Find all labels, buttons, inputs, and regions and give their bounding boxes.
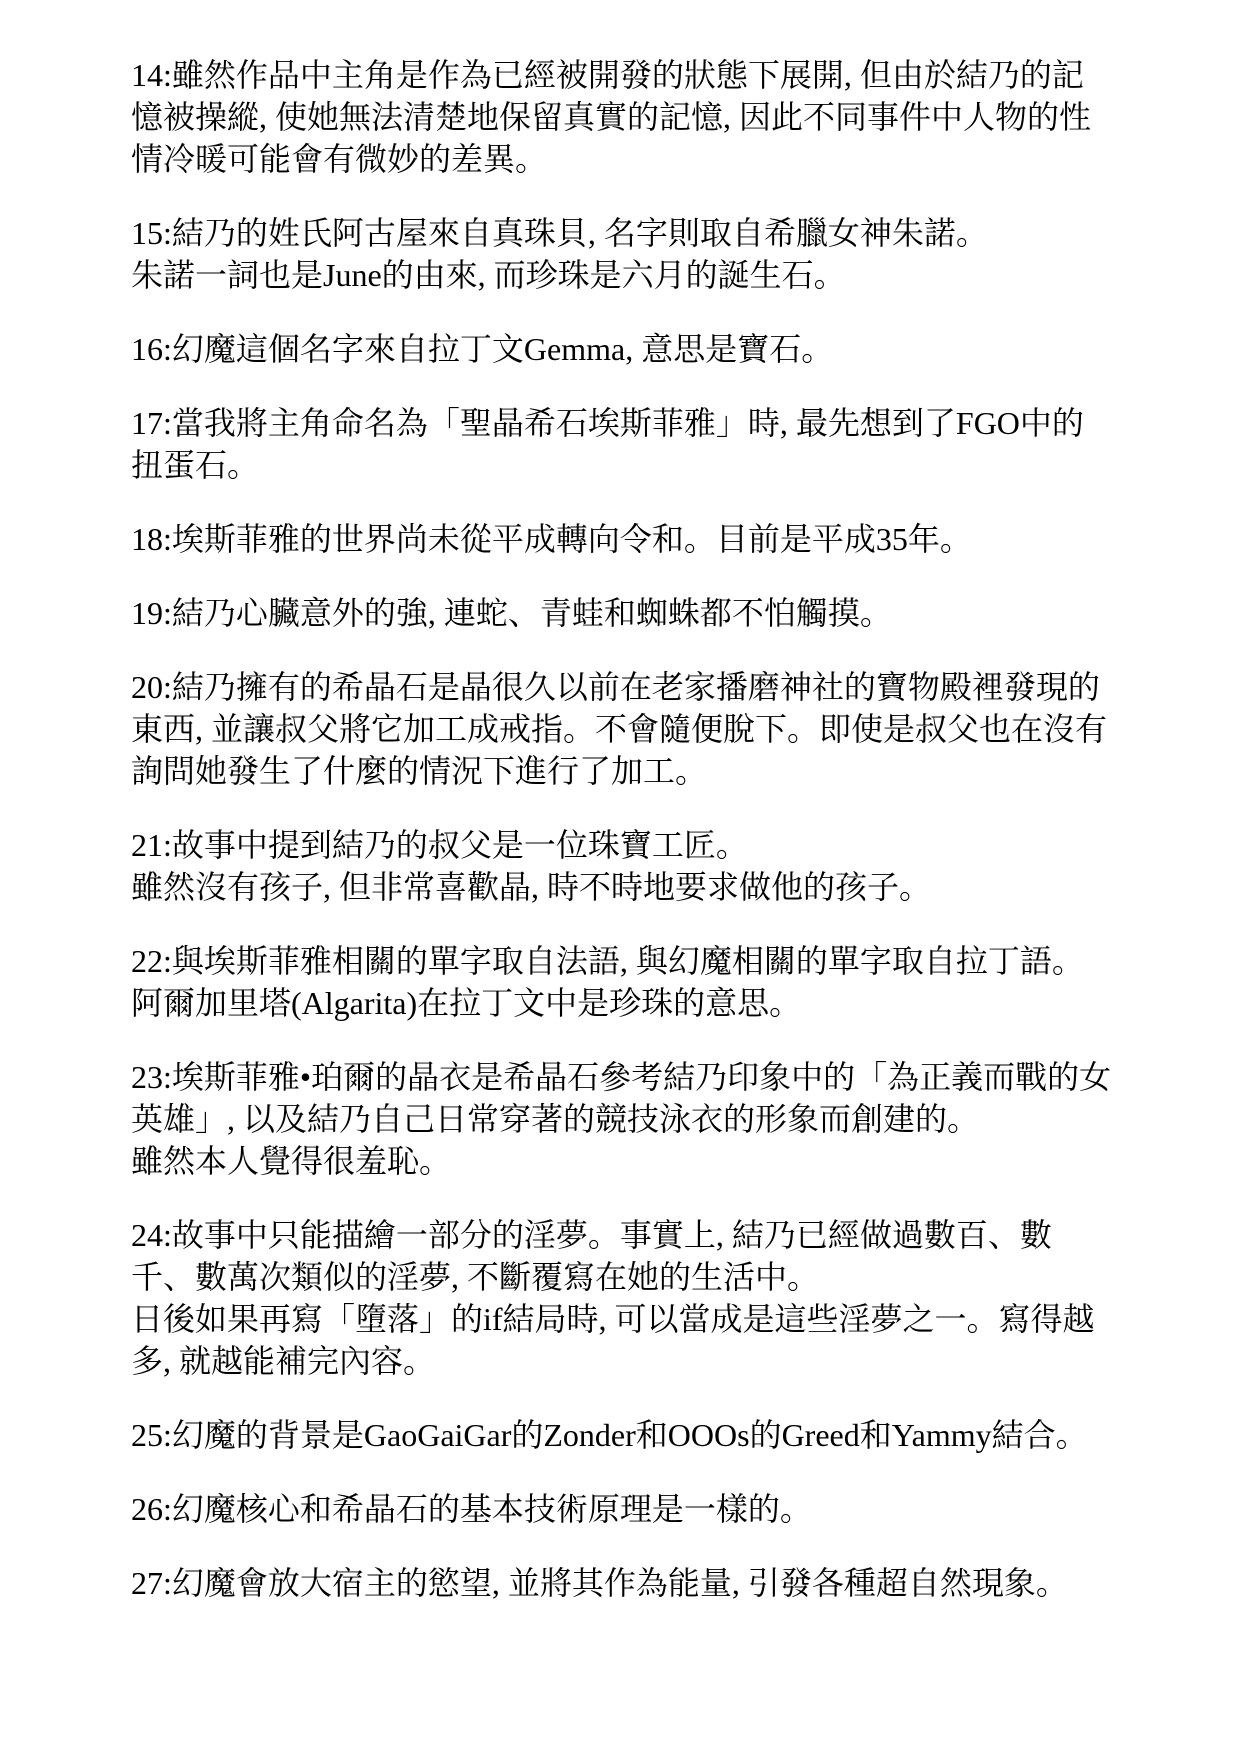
list-item: 22:與埃斯菲雅相關的單字取自法語, 與幻魔相關的單字取自拉丁語。阿爾加里塔(A…: [131, 940, 1114, 1024]
list-item-text: 阿爾加里塔(Algarita)在拉丁文中是珍珠的意思。: [131, 982, 1114, 1024]
list-item-text: 23:埃斯菲雅•珀爾的晶衣是希晶石參考結乃印象中的「為正義而戰的女英雄」, 以及…: [131, 1056, 1114, 1140]
list-item-text: 25:幻魔的背景是GaoGaiGar的Zonder和OOOs的Greed和Yam…: [131, 1414, 1114, 1456]
list-item-text: 18:埃斯菲雅的世界尚未從平成轉向令和。目前是平成35年。: [131, 518, 1114, 560]
list-item: 14:雖然作品中主角是作為已經被開發的狀態下展開, 但由於結乃的記憶被操縱, 使…: [131, 54, 1114, 180]
list-item: 21:故事中提到結乃的叔父是一位珠寶工匠。雖然沒有孩子, 但非常喜歡晶, 時不時…: [131, 824, 1114, 908]
list-item: 17:當我將主角命名為「聖晶希石埃斯菲雅」時, 最先想到了FGO中的扭蛋石。: [131, 402, 1114, 486]
list-item: 26:幻魔核心和希晶石的基本技術原理是一樣的。: [131, 1488, 1114, 1530]
list-item-text: 21:故事中提到結乃的叔父是一位珠寶工匠。: [131, 824, 1114, 866]
list-item: 16:幻魔這個名字來自拉丁文Gemma, 意思是寶石。: [131, 328, 1114, 370]
list-item-text: 15:結乃的姓氏阿古屋來自真珠貝, 名字則取自希臘女神朱諾。: [131, 212, 1114, 254]
list-item-text: 27:幻魔會放大宿主的慾望, 並將其作為能量, 引發各種超自然現象。: [131, 1562, 1114, 1604]
list-item: 23:埃斯菲雅•珀爾的晶衣是希晶石參考結乃印象中的「為正義而戰的女英雄」, 以及…: [131, 1056, 1114, 1182]
list-item-text: 雖然本人覺得很羞恥。: [131, 1140, 1114, 1182]
list-item-text: 26:幻魔核心和希晶石的基本技術原理是一樣的。: [131, 1488, 1114, 1530]
list-item-text: 日後如果再寫「墮落」的if結局時, 可以當成是這些淫夢之一。寫得越多, 就越能補…: [131, 1298, 1114, 1382]
list-item: 15:結乃的姓氏阿古屋來自真珠貝, 名字則取自希臘女神朱諾。朱諾一詞也是June…: [131, 212, 1114, 296]
list-item: 24:故事中只能描繪一部分的淫夢。事實上, 結乃已經做過數百、數千、數萬次類似的…: [131, 1214, 1114, 1382]
document-body: 14:雖然作品中主角是作為已經被開發的狀態下展開, 但由於結乃的記憶被操縱, 使…: [0, 0, 1242, 1755]
list-item-text: 雖然沒有孩子, 但非常喜歡晶, 時不時地要求做他的孩子。: [131, 866, 1114, 908]
list-item-text: 朱諾一詞也是June的由來, 而珍珠是六月的誕生石。: [131, 254, 1114, 296]
list-item: 27:幻魔會放大宿主的慾望, 並將其作為能量, 引發各種超自然現象。: [131, 1562, 1114, 1604]
list-item-text: 16:幻魔這個名字來自拉丁文Gemma, 意思是寶石。: [131, 328, 1114, 370]
list-item: 20:結乃擁有的希晶石是晶很久以前在老家播磨神社的寶物殿裡發現的東西, 並讓叔父…: [131, 666, 1114, 792]
list-item-text: 14:雖然作品中主角是作為已經被開發的狀態下展開, 但由於結乃的記憶被操縱, 使…: [131, 54, 1114, 180]
list-item-text: 19:結乃心臟意外的強, 連蛇、青蛙和蜘蛛都不怕觸摸。: [131, 592, 1114, 634]
list-item-text: 17:當我將主角命名為「聖晶希石埃斯菲雅」時, 最先想到了FGO中的扭蛋石。: [131, 402, 1114, 486]
list-item-text: 20:結乃擁有的希晶石是晶很久以前在老家播磨神社的寶物殿裡發現的東西, 並讓叔父…: [131, 666, 1114, 792]
document-page: 14:雖然作品中主角是作為已經被開發的狀態下展開, 但由於結乃的記憶被操縱, 使…: [0, 0, 1242, 1755]
list-item-text: 24:故事中只能描繪一部分的淫夢。事實上, 結乃已經做過數百、數千、數萬次類似的…: [131, 1214, 1114, 1298]
list-item-text: 22:與埃斯菲雅相關的單字取自法語, 與幻魔相關的單字取自拉丁語。: [131, 940, 1114, 982]
list-item: 19:結乃心臟意外的強, 連蛇、青蛙和蜘蛛都不怕觸摸。: [131, 592, 1114, 634]
list-item: 25:幻魔的背景是GaoGaiGar的Zonder和OOOs的Greed和Yam…: [131, 1414, 1114, 1456]
list-item: 18:埃斯菲雅的世界尚未從平成轉向令和。目前是平成35年。: [131, 518, 1114, 560]
